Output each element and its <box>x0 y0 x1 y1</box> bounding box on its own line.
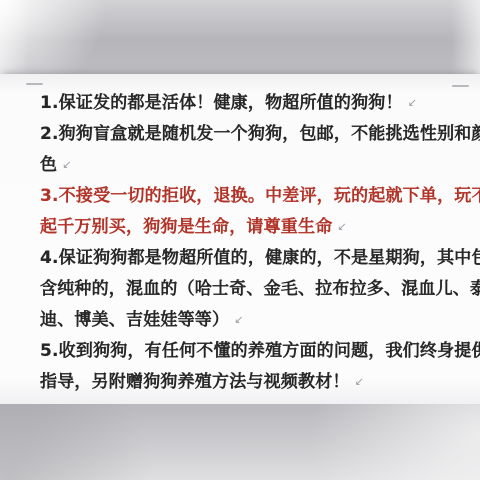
text-line: 4.保证狗狗都是物超所值的，健康的，不是星期狗，其中包 <box>40 240 470 271</box>
top-band-light-vignette <box>0 0 480 74</box>
text-line-content: 起千万别买，狗狗是生命，请尊重生命 <box>40 212 332 237</box>
text-line: 色↙ <box>40 147 470 178</box>
text-line: 3.不接受一切的拒收，退换。中差评，玩的起就下单，玩不 <box>40 178 470 209</box>
paragraph-return-icon: ↙ <box>355 375 364 388</box>
top-gray-band <box>0 0 480 74</box>
text-line-content: 含纯种的，混血的（哈士奇、金毛、拉布拉多、混血儿、泰 <box>40 274 480 299</box>
text-line-content: 2.狗狗盲盒就是随机发一个狗狗，包邮，不能挑选性别和颜 <box>40 119 480 144</box>
text-line: 起千万别买，狗狗是生命，请尊重生命↙ <box>40 209 470 240</box>
text-line-content: 1.保证发的都是活体！健康，物超所值的狗狗！ <box>40 88 403 113</box>
text-line-content: 迪、博美、吉娃娃等等） <box>40 305 229 330</box>
bottom-band-shade-vignette <box>0 404 480 480</box>
photo-canvas: 1.保证发的都是活体！健康，物超所值的狗狗！↙2.狗狗盲盒就是随机发一个狗狗，包… <box>0 0 480 480</box>
text-line-content: 5.收到狗狗，有任何不懂的养殖方面的问题，我们终身提供 <box>40 336 480 361</box>
paragraph-return-icon: ↙ <box>62 158 71 171</box>
text-line-content: 3.不接受一切的拒收，退换。中差评，玩的起就下单，玩不 <box>40 181 480 206</box>
text-line-content: 指导，另附赠狗狗养殖方法与视频教材！ <box>40 367 350 392</box>
text-line: 2.狗狗盲盒就是随机发一个狗狗，包邮，不能挑选性别和颜 <box>40 116 470 147</box>
text-line: 迪、博美、吉娃娃等等）↙ <box>40 302 470 333</box>
text-line: 1.保证发的都是活体！健康，物超所值的狗狗！↙ <box>40 85 470 116</box>
paragraph-return-icon: ↙ <box>234 313 243 326</box>
text-line: 指导，另附赠狗狗养殖方法与视频教材！↙ <box>40 364 470 395</box>
paragraph-return-icon: ↙ <box>408 96 417 109</box>
terms-text-block: 1.保证发的都是活体！健康，物超所值的狗狗！↙2.狗狗盲盒就是随机发一个狗狗，包… <box>40 85 470 395</box>
document-page: 1.保证发的都是活体！健康，物超所值的狗狗！↙2.狗狗盲盒就是随机发一个狗狗，包… <box>0 74 480 404</box>
paragraph-return-icon: ↙ <box>337 220 346 233</box>
text-line: 5.收到狗狗，有任何不懂的养殖方面的问题，我们终身提供 <box>40 333 470 364</box>
text-line-content: 色 <box>40 150 57 175</box>
text-line: 含纯种的，混血的（哈士奇、金毛、拉布拉多、混血儿、泰 <box>40 271 470 302</box>
bottom-gray-band <box>0 404 480 480</box>
text-line-content: 4.保证狗狗都是物超所值的，健康的，不是星期狗，其中包 <box>40 243 480 268</box>
